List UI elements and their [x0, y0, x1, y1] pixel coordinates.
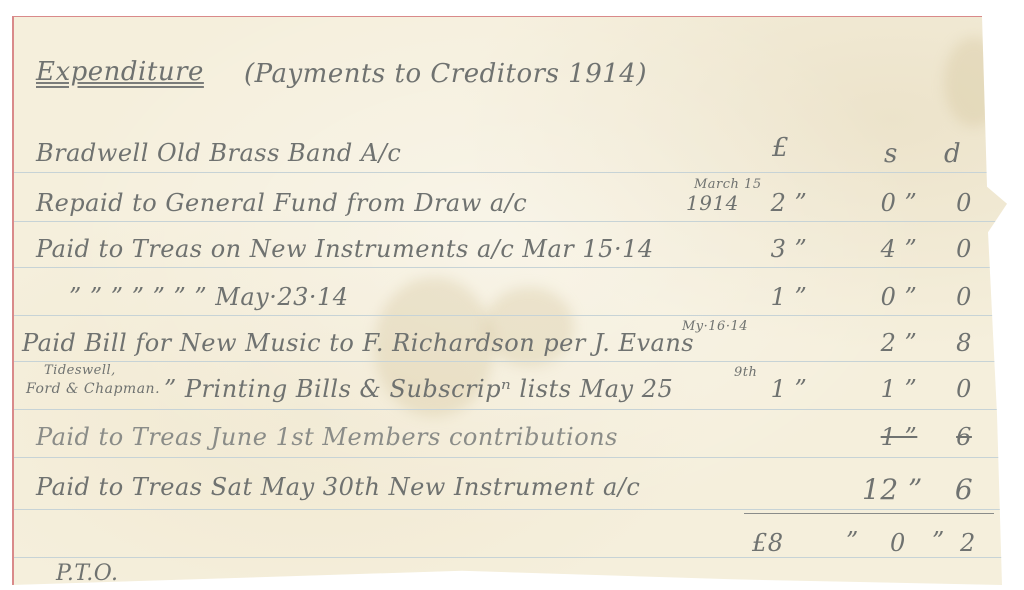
entry-pence: 0	[934, 235, 994, 263]
entry-shillings: 4 ”	[869, 235, 929, 263]
entry-date-note: 9th	[734, 365, 757, 380]
shillings-header: s	[884, 139, 898, 169]
page-turn-over-note: P.T.O.	[56, 561, 119, 586]
entry-date-note: My·16·14	[682, 319, 748, 334]
pence-header: d	[944, 139, 961, 169]
entry-payee: Ford & Chapman.	[26, 381, 160, 397]
ruled-line	[14, 361, 1012, 362]
entry-pounds: 2 ”	[759, 189, 819, 217]
entry-description: Paid Bill for New Music to F. Richardson…	[22, 329, 694, 357]
entry-pounds: 3 ”	[759, 235, 819, 263]
entry-pence: 8	[934, 329, 994, 357]
ruled-line	[14, 267, 1012, 268]
entry-description: ” Printing Bills & Subscripⁿ lists May 2…	[164, 375, 673, 403]
entry-pounds: 1 ”	[759, 375, 819, 403]
ruled-line	[14, 315, 1012, 316]
total-sep: ”	[932, 527, 945, 555]
entry-date-year: 1914	[686, 191, 739, 215]
water-stain	[944, 37, 1004, 127]
ruled-line	[14, 557, 1012, 558]
total-shillings: 0	[890, 529, 906, 557]
entry-shillings: 0 ”	[869, 189, 929, 217]
entry-shillings: 1 ”	[869, 423, 929, 451]
ruled-line	[14, 221, 1012, 222]
entry-shillings: 12 ”	[862, 473, 922, 506]
ruled-line	[14, 457, 1012, 458]
entry-description: Paid to Treas Sat May 30th New Instrumen…	[36, 473, 640, 501]
entry-location-note: Tideswell,	[44, 363, 116, 378]
page-subtitle: (Payments to Creditors 1914)	[244, 59, 647, 89]
entry-pence: 0	[934, 189, 994, 217]
total-pounds: £8	[752, 529, 784, 557]
entry-description: ” ” ” ” ” ” ” May·23·14	[69, 283, 349, 311]
ruled-line	[14, 509, 1012, 510]
ruled-line	[14, 409, 1012, 410]
account-name: Bradwell Old Brass Band A/c	[36, 139, 401, 167]
entry-description: Paid to Treas June 1st Members contribut…	[36, 423, 618, 451]
entry-pence: 0	[934, 283, 994, 311]
ledger-page: Expenditure (Payments to Creditors 1914)…	[12, 16, 1012, 585]
entry-shillings: 0 ”	[869, 283, 929, 311]
page-title: Expenditure	[36, 57, 204, 87]
ruled-line	[14, 172, 1012, 173]
entry-shillings: 2 ”	[869, 329, 929, 357]
total-pence: 2	[960, 529, 976, 557]
pounds-header: £	[772, 133, 789, 163]
entry-description: Repaid to General Fund from Draw a/c	[36, 189, 527, 217]
entry-pence: 6	[934, 423, 994, 451]
entry-date-note: March 15	[694, 177, 762, 192]
entry-pounds: 1 ”	[759, 283, 819, 311]
total-sep: ”	[846, 527, 859, 555]
entry-pence: 6	[934, 473, 994, 506]
entry-shillings: 1 ”	[869, 375, 929, 403]
entry-pence: 0	[934, 375, 994, 403]
entry-description: Paid to Treas on New Instruments a/c Mar…	[36, 235, 654, 263]
total-rule	[744, 513, 994, 514]
